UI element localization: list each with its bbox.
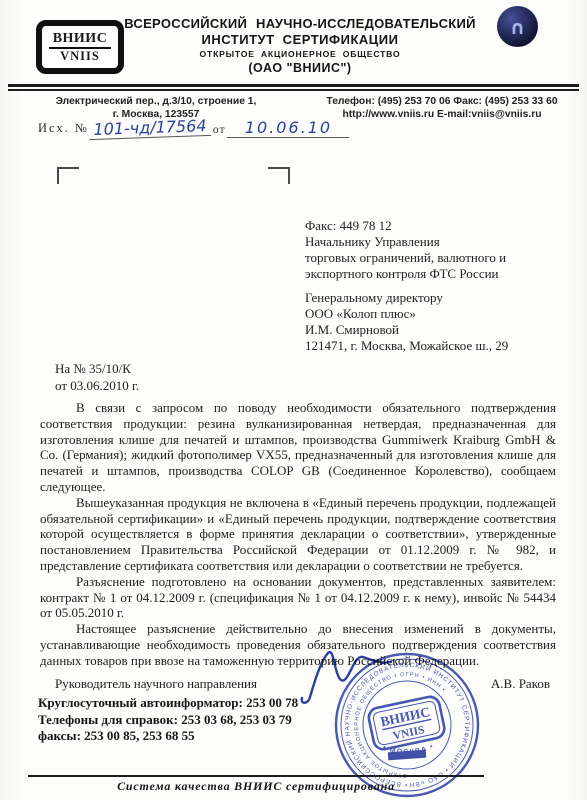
footer-quality-note: Система качества ВНИИС сертифицирована <box>28 779 484 794</box>
outgoing-label: Исх. № <box>38 121 89 138</box>
contact-phones-block: Круглосуточный автоинформатор: 253 00 78… <box>38 695 298 745</box>
round-emblem-icon: ∩ <box>497 6 538 47</box>
header-rule-thin <box>8 89 579 91</box>
recipient-line: экспортного контроля ФТС России <box>305 266 508 282</box>
official-stamp: • ВСЕРОССИЙСКИЙ НАУЧНО-ИССЛЕДОВАТЕЛЬСКИЙ… <box>332 650 482 800</box>
outgoing-number-handwritten: 101-чд/17564 <box>89 116 212 140</box>
signer-position: Руководитель научного направления <box>55 676 257 692</box>
vniis-logo: ВНИИС VNIIS <box>36 20 124 74</box>
paragraph: В связи с запросом по поводу необходимос… <box>40 400 556 495</box>
recipient-block: Факс: 449 78 12 Начальнику Управления то… <box>305 218 508 354</box>
recipient-line: торговых ограничений, валютного и <box>305 250 508 266</box>
in-reply-reference: На № 35/10/К от 03.06.2010 г. <box>55 360 139 394</box>
from-label: от <box>211 124 228 138</box>
recipient-line: ООО «Колоп плюс» <box>305 306 508 322</box>
org-title: ВСЕРОССИЙСКИЙ НАУЧНО-ИССЛЕДОВАТЕЛЬСКИЙ И… <box>118 16 482 76</box>
address-window-corner-right <box>268 167 290 184</box>
address-window-corner-left <box>57 167 79 184</box>
horseshoe-icon: ∩ <box>510 19 525 38</box>
outgoing-reference: Исх. № 101-чд/17564 от 10.06.10 <box>38 118 349 138</box>
logo-text-en: VNIIS <box>60 49 100 64</box>
org-address-line1: Электрический пер., д.3/10, строение 1, <box>28 95 284 108</box>
logo-text-ru: ВНИИС <box>49 31 112 49</box>
org-title-line2: ИНСТИТУТ СЕРТИФИКАЦИИ <box>118 32 482 48</box>
signer-name: А.В. Раков <box>491 676 550 692</box>
letter-page: ВНИИС VNIIS ∩ ВСЕРОССИЙСКИЙ НАУЧНО-ИССЛЕ… <box>0 0 587 800</box>
recipient-line: Начальнику Управления <box>305 234 508 250</box>
org-title-line3: ОТКРЫТОЕ АКЦИОНЕРНОЕ ОБЩЕСТВО <box>118 49 482 60</box>
vniis-logo-inner: ВНИИС VNIIS <box>40 24 120 70</box>
autoinformer-line: Круглосуточный автоинформатор: 253 00 78 <box>38 695 298 712</box>
recipient-fax: Факс: 449 78 12 <box>305 218 508 234</box>
inquiry-phones-line: Телефоны для справок: 253 03 68, 253 03 … <box>38 712 298 729</box>
recipient-line: И.М. Смирновой <box>305 322 508 338</box>
header-rule-thick <box>8 84 579 87</box>
recipient-line: Генеральному директору <box>305 290 508 306</box>
in-reply-number: На № 35/10/К <box>55 360 139 377</box>
org-title-line1: ВСЕРОССИЙСКИЙ НАУЧНО-ИССЛЕДОВАТЕЛЬСКИЙ <box>118 16 482 32</box>
outgoing-date-handwritten: 10.06.10 <box>227 118 349 138</box>
footer-rule <box>28 775 484 777</box>
recipient-gap <box>305 282 508 290</box>
paragraph: Разъяснение подготовлено на основании до… <box>40 574 556 621</box>
letter-body: В связи с запросом по поводу необходимос… <box>40 400 556 669</box>
fax-numbers-line: факсы: 253 00 85, 253 68 55 <box>38 728 298 745</box>
stamp-center-box: ВНИИС VNIIS <box>367 695 446 751</box>
recipient-line: 121471, г. Москва, Можайское ш., 29 <box>305 338 508 354</box>
paragraph: Вышеуказанная продукция не включена в «Е… <box>40 495 556 574</box>
in-reply-date: от 03.06.2010 г. <box>55 377 139 394</box>
org-title-line4: (ОАО "ВНИИС") <box>118 61 482 76</box>
org-phone-line: Телефон: (495) 253 70 06 Факс: (495) 253… <box>306 95 578 108</box>
